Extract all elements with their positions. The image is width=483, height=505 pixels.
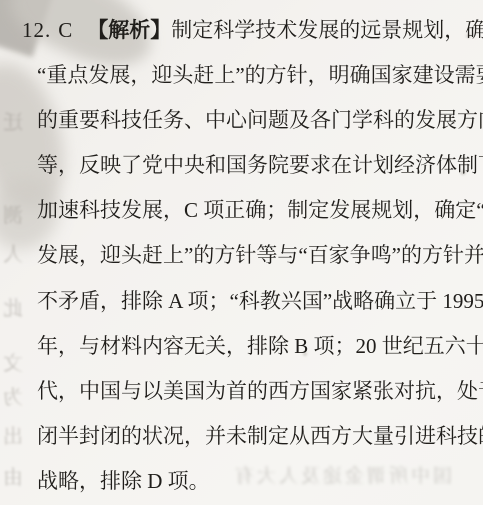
- explanation-line-6: 发展，迎头赶上”的方针等与“百家争鸣”的方针并: [22, 233, 463, 278]
- bleed-through-glyph: 出: [0, 420, 23, 449]
- answer-explanation: 12.C【解析】制定科学技术发展的远景规划，确立 “重点发展，迎头赶上”的方针，…: [22, 8, 463, 504]
- bleed-through-glyph: 测: [0, 199, 23, 228]
- answer-letter: C: [58, 18, 72, 42]
- explanation-line-2: “重点发展，迎头赶上”的方针，明确国家建设需要: [22, 53, 463, 98]
- analysis-label: 【解析】: [87, 19, 171, 42]
- explanation-line-5: 加速科技发展，C 项正确；制定发展规划，确定“重点: [22, 188, 463, 233]
- bleed-through-glyph: 此: [0, 292, 23, 321]
- question-number: 12.: [22, 18, 51, 42]
- bleed-through-glyph: 为: [0, 381, 23, 410]
- explanation-line-7: 不矛盾，排除 A 项；“科教兴国”战略确立于 1995: [22, 279, 463, 324]
- explanation-line-1: 12.C【解析】制定科学技术发展的远景规划，确立: [22, 8, 463, 53]
- bleed-through-glyph: 文: [0, 347, 23, 376]
- explanation-line-3: 的重要科技任务、中心问题及各门学科的发展方向: [22, 98, 463, 143]
- explanation-line-8: 年，与材料内容无关，排除 B 项；20 世纪五六十年: [22, 324, 463, 369]
- explanation-line-4: 等，反映了党中央和国务院要求在计划经济体制下: [22, 143, 463, 188]
- explanation-text: 制定科学技术发展的远景规划，确立: [171, 18, 483, 42]
- explanation-line-11: 战略，排除 D 项。: [22, 459, 463, 504]
- bleed-through-glyph: 由: [0, 461, 23, 490]
- scanned-answer-page: 迁 测 人 此 文 为 出 由 国中所谓金途及人大有 12.C【解析】制定科学技…: [0, 0, 483, 505]
- bleed-through-glyph: 迁: [0, 106, 23, 135]
- explanation-line-9: 代，中国与以美国为首的西方国家紧张对抗，处于封: [22, 369, 463, 414]
- explanation-line-10: 闭半封闭的状况，并未制定从西方大量引进科技的: [22, 414, 463, 459]
- bleed-through-glyph: 人: [0, 238, 23, 267]
